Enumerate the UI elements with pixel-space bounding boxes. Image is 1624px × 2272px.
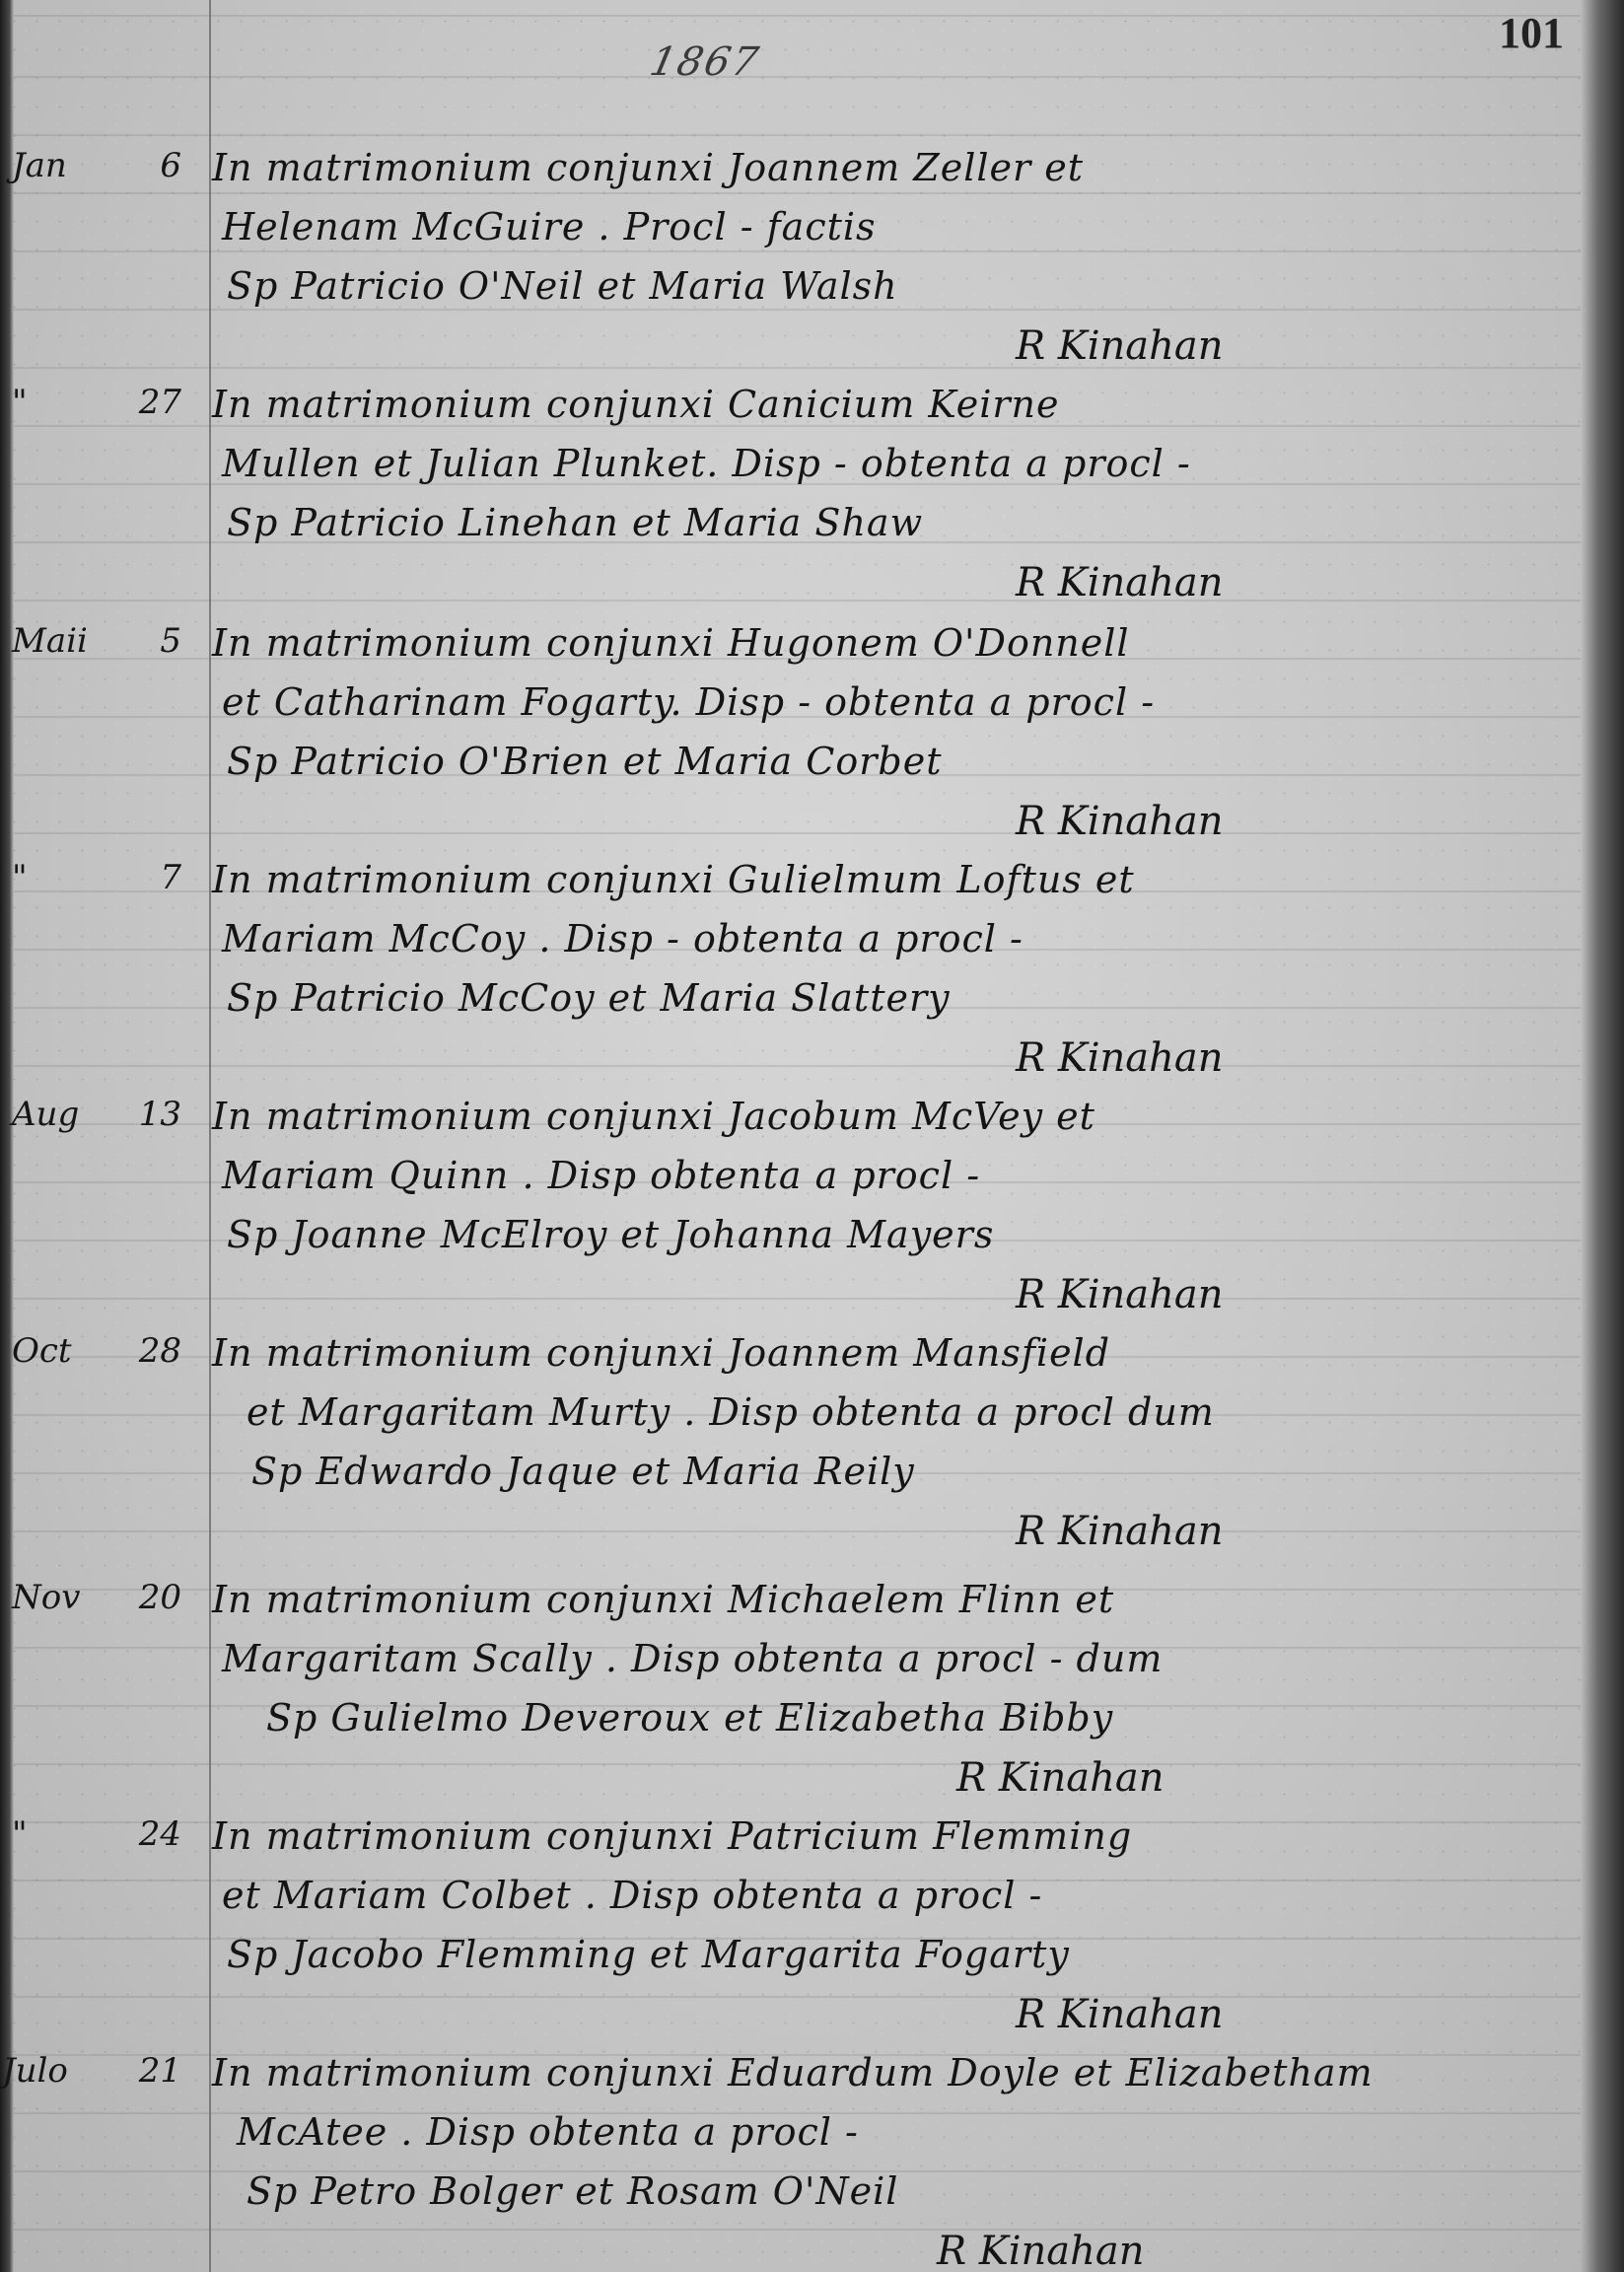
entry-line-1: In matrimonium conjunxi Eduardum Doyle e… xyxy=(212,2051,1374,2094)
year-header: 1867 xyxy=(646,39,764,85)
entry-month: " xyxy=(8,383,28,422)
entry-line-3: Sp Petro Bolger et Rosam O'Neil xyxy=(247,2169,898,2213)
entry-line-3: Sp Patricio O'Neil et Maria Walsh xyxy=(227,264,898,308)
entry-line-2: Margaritam Scally . Disp obtenta a procl… xyxy=(222,1637,1163,1680)
entry-day: 5 xyxy=(160,621,195,661)
binding-shadow-left xyxy=(0,0,14,2272)
entry-day: 24 xyxy=(139,1814,195,1854)
entry-month: Oct xyxy=(8,1331,72,1371)
entry-date: Oct 28 xyxy=(8,1331,195,1371)
page-number: 101 xyxy=(1499,8,1564,58)
priest-signature: R Kinahan xyxy=(937,2229,1145,2272)
entry-line-3: Sp Patricio O'Brien et Maria Corbet xyxy=(227,740,942,783)
priest-signature: R Kinahan xyxy=(1016,560,1224,605)
entry-date: Nov 20 xyxy=(8,1578,195,1617)
entry-day: 6 xyxy=(160,146,195,185)
entry-line-1: In matrimonium conjunxi Jacobum McVey et xyxy=(212,1095,1095,1138)
priest-signature: R Kinahan xyxy=(1016,1992,1224,2037)
entry-line-1: In matrimonium conjunxi Canicium Keirne xyxy=(212,383,1060,426)
entry-month: Jan xyxy=(8,146,67,185)
entry-date: Maii 5 xyxy=(8,621,195,661)
priest-signature: R Kinahan xyxy=(1016,323,1224,369)
entry-month: Aug xyxy=(8,1095,79,1134)
date-column-rule xyxy=(209,0,211,2272)
entry-line-1: In matrimonium conjunxi Joannem Zeller e… xyxy=(212,146,1084,189)
entry-month: Maii xyxy=(8,621,88,661)
entry-date: Jan 6 xyxy=(8,146,195,185)
entry-date: Aug 13 xyxy=(8,1095,195,1134)
entry-day: 13 xyxy=(139,1095,195,1134)
entry-date: " 7 xyxy=(8,858,195,897)
entry-line-1: In matrimonium conjunxi Patricium Flemmi… xyxy=(212,1814,1132,1858)
entry-line-2: McAtee . Disp obtenta a procl - xyxy=(237,2110,859,2154)
entry-line-2: Mariam Quinn . Disp obtenta a procl - xyxy=(222,1154,980,1197)
entry-day: 28 xyxy=(139,1331,195,1371)
entry-day: 20 xyxy=(139,1578,195,1617)
entry-line-3: Sp Jacobo Flemming et Margarita Fogarty xyxy=(227,1933,1070,1976)
entry-line-2: et Mariam Colbet . Disp obtenta a procl … xyxy=(222,1874,1042,1917)
entry-line-3: Sp Patricio Linehan et Maria Shaw xyxy=(227,501,923,544)
register-page: 1867 101 Jan 6 In matrimonium conjunxi J… xyxy=(0,0,1624,2272)
entry-month: " xyxy=(8,1814,28,1854)
priest-signature: R Kinahan xyxy=(1016,1035,1224,1081)
entry-month: Julo xyxy=(0,2051,68,2091)
entry-line-3: Sp Gulielmo Deveroux et Elizabetha Bibby xyxy=(266,1696,1113,1739)
entry-line-1: In matrimonium conjunxi Hugonem O'Donnel… xyxy=(212,621,1130,665)
entry-line-2: Helenam McGuire . Procl - factis xyxy=(222,205,877,248)
entry-line-2: Mariam McCoy . Disp - obtenta a procl - xyxy=(222,917,1024,960)
entry-line-3: Sp Edwardo Jaque et Maria Reily xyxy=(251,1450,915,1493)
entry-line-3: Sp Joanne McElroy et Johanna Mayers xyxy=(227,1213,994,1256)
entry-day: 7 xyxy=(160,858,195,897)
entry-line-2: Mullen et Julian Plunket. Disp - obtenta… xyxy=(222,442,1191,485)
entry-date: " 27 xyxy=(8,383,195,422)
entry-line-2: et Margaritam Murty . Disp obtenta a pro… xyxy=(247,1390,1215,1434)
entry-month: " xyxy=(8,858,28,897)
entry-line-1: In matrimonium conjunxi Gulielmum Loftus… xyxy=(212,858,1135,901)
entry-line-1: In matrimonium conjunxi Michaelem Flinn … xyxy=(212,1578,1114,1621)
entry-date: " 24 xyxy=(8,1814,195,1854)
priest-signature: R Kinahan xyxy=(1016,1272,1224,1317)
entry-day: 21 xyxy=(139,2051,195,2091)
priest-signature: R Kinahan xyxy=(956,1755,1165,1801)
entry-month: Nov xyxy=(8,1578,80,1617)
entry-line-1: In matrimonium conjunxi Joannem Mansfiel… xyxy=(212,1331,1110,1375)
entry-line-2: et Catharinam Fogarty. Disp - obtenta a … xyxy=(222,680,1155,724)
page-edge-right xyxy=(1581,0,1624,2272)
priest-signature: R Kinahan xyxy=(1016,799,1224,844)
entry-date: Julo 21 xyxy=(8,2051,195,2091)
entry-day: 27 xyxy=(139,383,195,422)
entry-line-3: Sp Patricio McCoy et Maria Slattery xyxy=(227,976,951,1020)
priest-signature: R Kinahan xyxy=(1016,1509,1224,1554)
